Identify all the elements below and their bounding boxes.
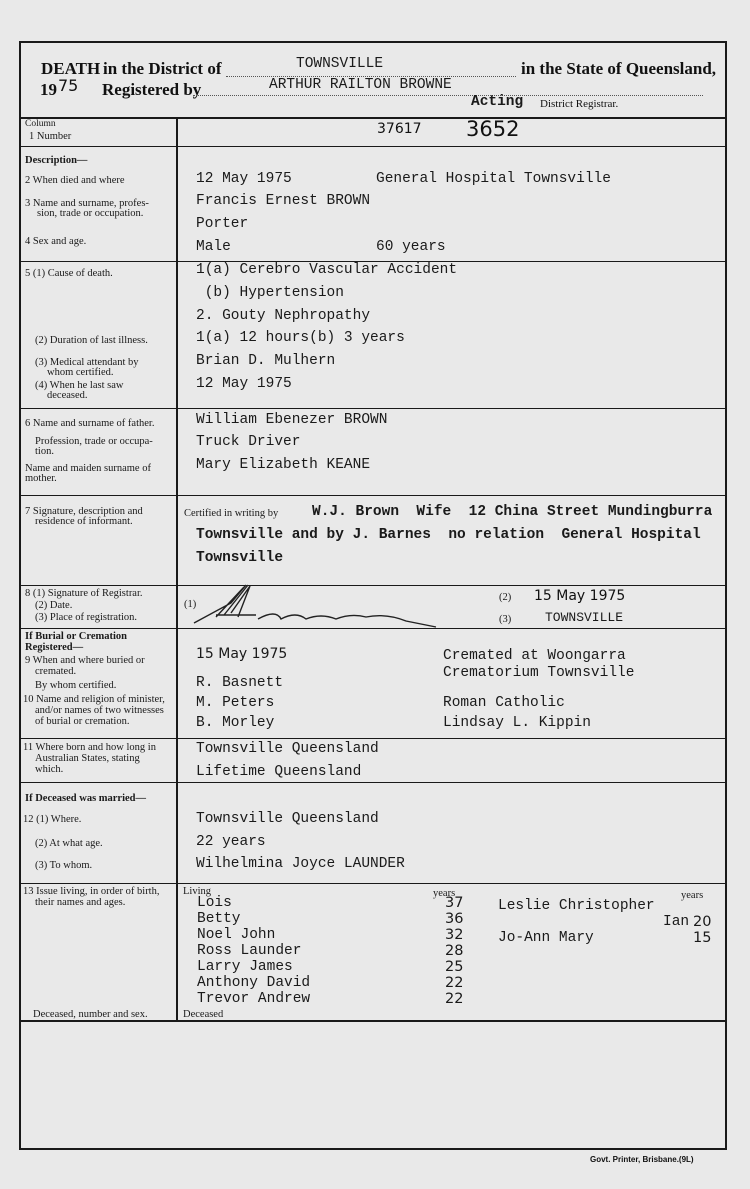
child-name: Noel John [197,927,275,943]
divider [21,628,725,629]
birthplace-label-2: Australian States, stating [35,753,140,764]
divider [21,495,725,496]
divider [21,782,725,783]
burial-when-label: 9 When and where buried or [25,655,145,666]
cause-1b: (b) Hypertension [196,285,344,301]
marriage-place: Townsville Queensland [196,811,379,827]
burial-heading: If Burial or Cremation [25,631,127,642]
place-marker: (3) [499,614,511,625]
deceased-label: Deceased, number and sex. [33,1009,148,1020]
child-name-cont: Ian [663,914,689,930]
child-age: 22 [445,975,463,991]
witness-2: B. Morley [196,715,274,731]
registration-place-label: (3) Place of registration. [35,612,137,623]
child-age: 20 [693,914,711,930]
form-header: DEATH in the District of TOWNSVILLE in t… [21,43,725,119]
child-age: 32 [445,927,463,943]
burial-place-1: Cremated at Woongarra [443,648,626,664]
number-b: 3652 [466,117,519,141]
deceased-sex: Male [196,239,231,255]
year-suffix: 75 [58,76,78,95]
deceased-occupation: Porter [196,216,248,232]
column-divider [176,117,178,1020]
informant-line-2: Townsville and by J. Barnes no relation … [196,527,701,543]
religion: Roman Catholic [443,695,565,711]
registration-place: TOWNSVILLE [545,610,623,625]
burial-date: 15 May 1975 [196,646,287,662]
district-registrar-label: District Registrar. [540,98,618,110]
registrar-name: ARTHUR RAILTON BROWNE [269,77,452,93]
child-name: Leslie Christopher [498,898,655,914]
birthplace: Townsville Queensland [196,741,379,757]
marriage-age-label: (2) At what age. [35,838,103,849]
registrar-signature [186,583,456,633]
description-heading: Description— [25,155,87,166]
death-date: 12 May 1975 [196,171,292,187]
cause-label: 5 (1) Cause of death. [25,268,113,279]
death-certificate-form: DEATH in the District of TOWNSVILLE in t… [19,41,727,1150]
child-age: 15 [693,930,711,946]
column-label: Column [25,119,56,130]
child-name: Anthony David [197,975,310,991]
name-label-2: sion, trade or occupation. [37,208,143,219]
divider [21,883,725,884]
child-name: Larry James [197,959,293,975]
child-age: 37 [445,895,463,911]
registration-date-label: (2) Date. [35,600,72,611]
divider [21,146,725,147]
informant-label-2: residence of informant. [35,516,133,527]
deceased-age: 60 years [376,239,446,255]
child-name: Lois [197,895,232,911]
spouse-name: Wilhelmina Joyce LAUNDER [196,856,405,872]
by-whom-label: By whom certified. [35,680,116,691]
district-label: in the District of [103,59,222,79]
marriage-age: 22 years [196,834,266,850]
cause-1a: 1(a) Cerebro Vascular Accident [196,262,457,278]
printer-imprint: Govt. Printer, Brisbane.(9L) [590,1155,694,1164]
burial-place-2: Crematorium Townsville [443,665,634,681]
illness-duration: 1(a) 12 hours(b) 3 years [196,330,405,346]
certified-label: Certified in writing by [184,508,278,519]
child-age: 22 [445,991,463,1007]
sex-age-label: 4 Sex and age. [25,236,86,247]
last-saw-label-2: deceased. [47,390,88,401]
burial-heading-2: Registered— [25,642,83,653]
number-label: 1 Number [29,131,71,142]
minister-label-2: and/or names of two witnesses [35,705,164,716]
medical-attendant: Brian D. Mulhern [196,353,335,369]
registered-by-label: Registered by [102,80,201,100]
medical-label-2: whom certified. [47,367,113,378]
duration-label: (2) Duration of last illness. [35,335,148,346]
child-name: Betty [197,911,241,927]
witness-1: M. Peters [196,695,274,711]
informant-line-1: W.J. Brown Wife 12 China Street Mundingb… [312,504,712,520]
date-marker: (2) [499,592,511,603]
child-name: Jo-Ann Mary [498,930,594,946]
years-label-right: years [681,890,703,901]
minister-name: Lindsay L. Kippin [443,715,591,731]
divider [21,1020,725,1022]
district-value: TOWNSVILLE [296,56,383,72]
state-label: in the State of Queensland, [521,59,716,79]
burial-certified-by: R. Basnett [196,675,283,691]
divider [21,408,725,409]
child-age: 36 [445,911,463,927]
informant-line-3: Townsville [196,550,283,566]
marriage-where-label: 12 (1) Where. [23,814,81,825]
minister-label-3: of burial or cremation. [35,716,129,727]
birthplace-label: 11 Where born and how long in [23,742,156,753]
mother-name: Mary Elizabeth KEANE [196,457,370,473]
when-died-label: 2 When died and where [25,175,125,186]
mother-label-2: mother. [25,473,57,484]
acting-label: Acting [471,94,523,110]
cause-2: 2. Gouty Nephropathy [196,308,370,324]
burial-when-label-2: cremated. [35,666,76,677]
birthplace-label-3: which. [35,764,63,775]
issue-label: 13 Issue living, in order of birth, [23,886,159,897]
child-age: 28 [445,943,463,959]
profession-label-2: tion. [35,446,54,457]
registrar-signature-label: 8 (1) Signature of Registrar. [25,588,143,599]
child-name: Ross Launder [197,943,301,959]
father-profession: Truck Driver [196,434,300,450]
marriage-heading: If Deceased was married— [25,793,146,804]
father-label: 6 Name and surname of father. [25,418,154,429]
year-prefix: 19 [40,80,57,100]
child-age: 25 [445,959,463,975]
number-a: 37617 [377,121,422,137]
issue-label-2: their names and ages. [35,897,125,908]
divider [21,738,725,739]
death-place: General Hospital Townsville [376,171,611,187]
last-saw-date: 12 May 1975 [196,376,292,392]
deceased-name: Francis Ernest BROWN [196,193,370,209]
residence-duration: Lifetime Queensland [196,764,361,780]
spouse-label: (3) To whom. [35,860,92,871]
father-name: William Ebenezer BROWN [196,412,387,428]
deceased-sub-label: Deceased [183,1009,223,1020]
minister-label: 10 Name and religion of minister, [23,694,165,705]
registration-date: 15 May 1975 [534,588,625,604]
child-name: Trevor Andrew [197,991,310,1007]
